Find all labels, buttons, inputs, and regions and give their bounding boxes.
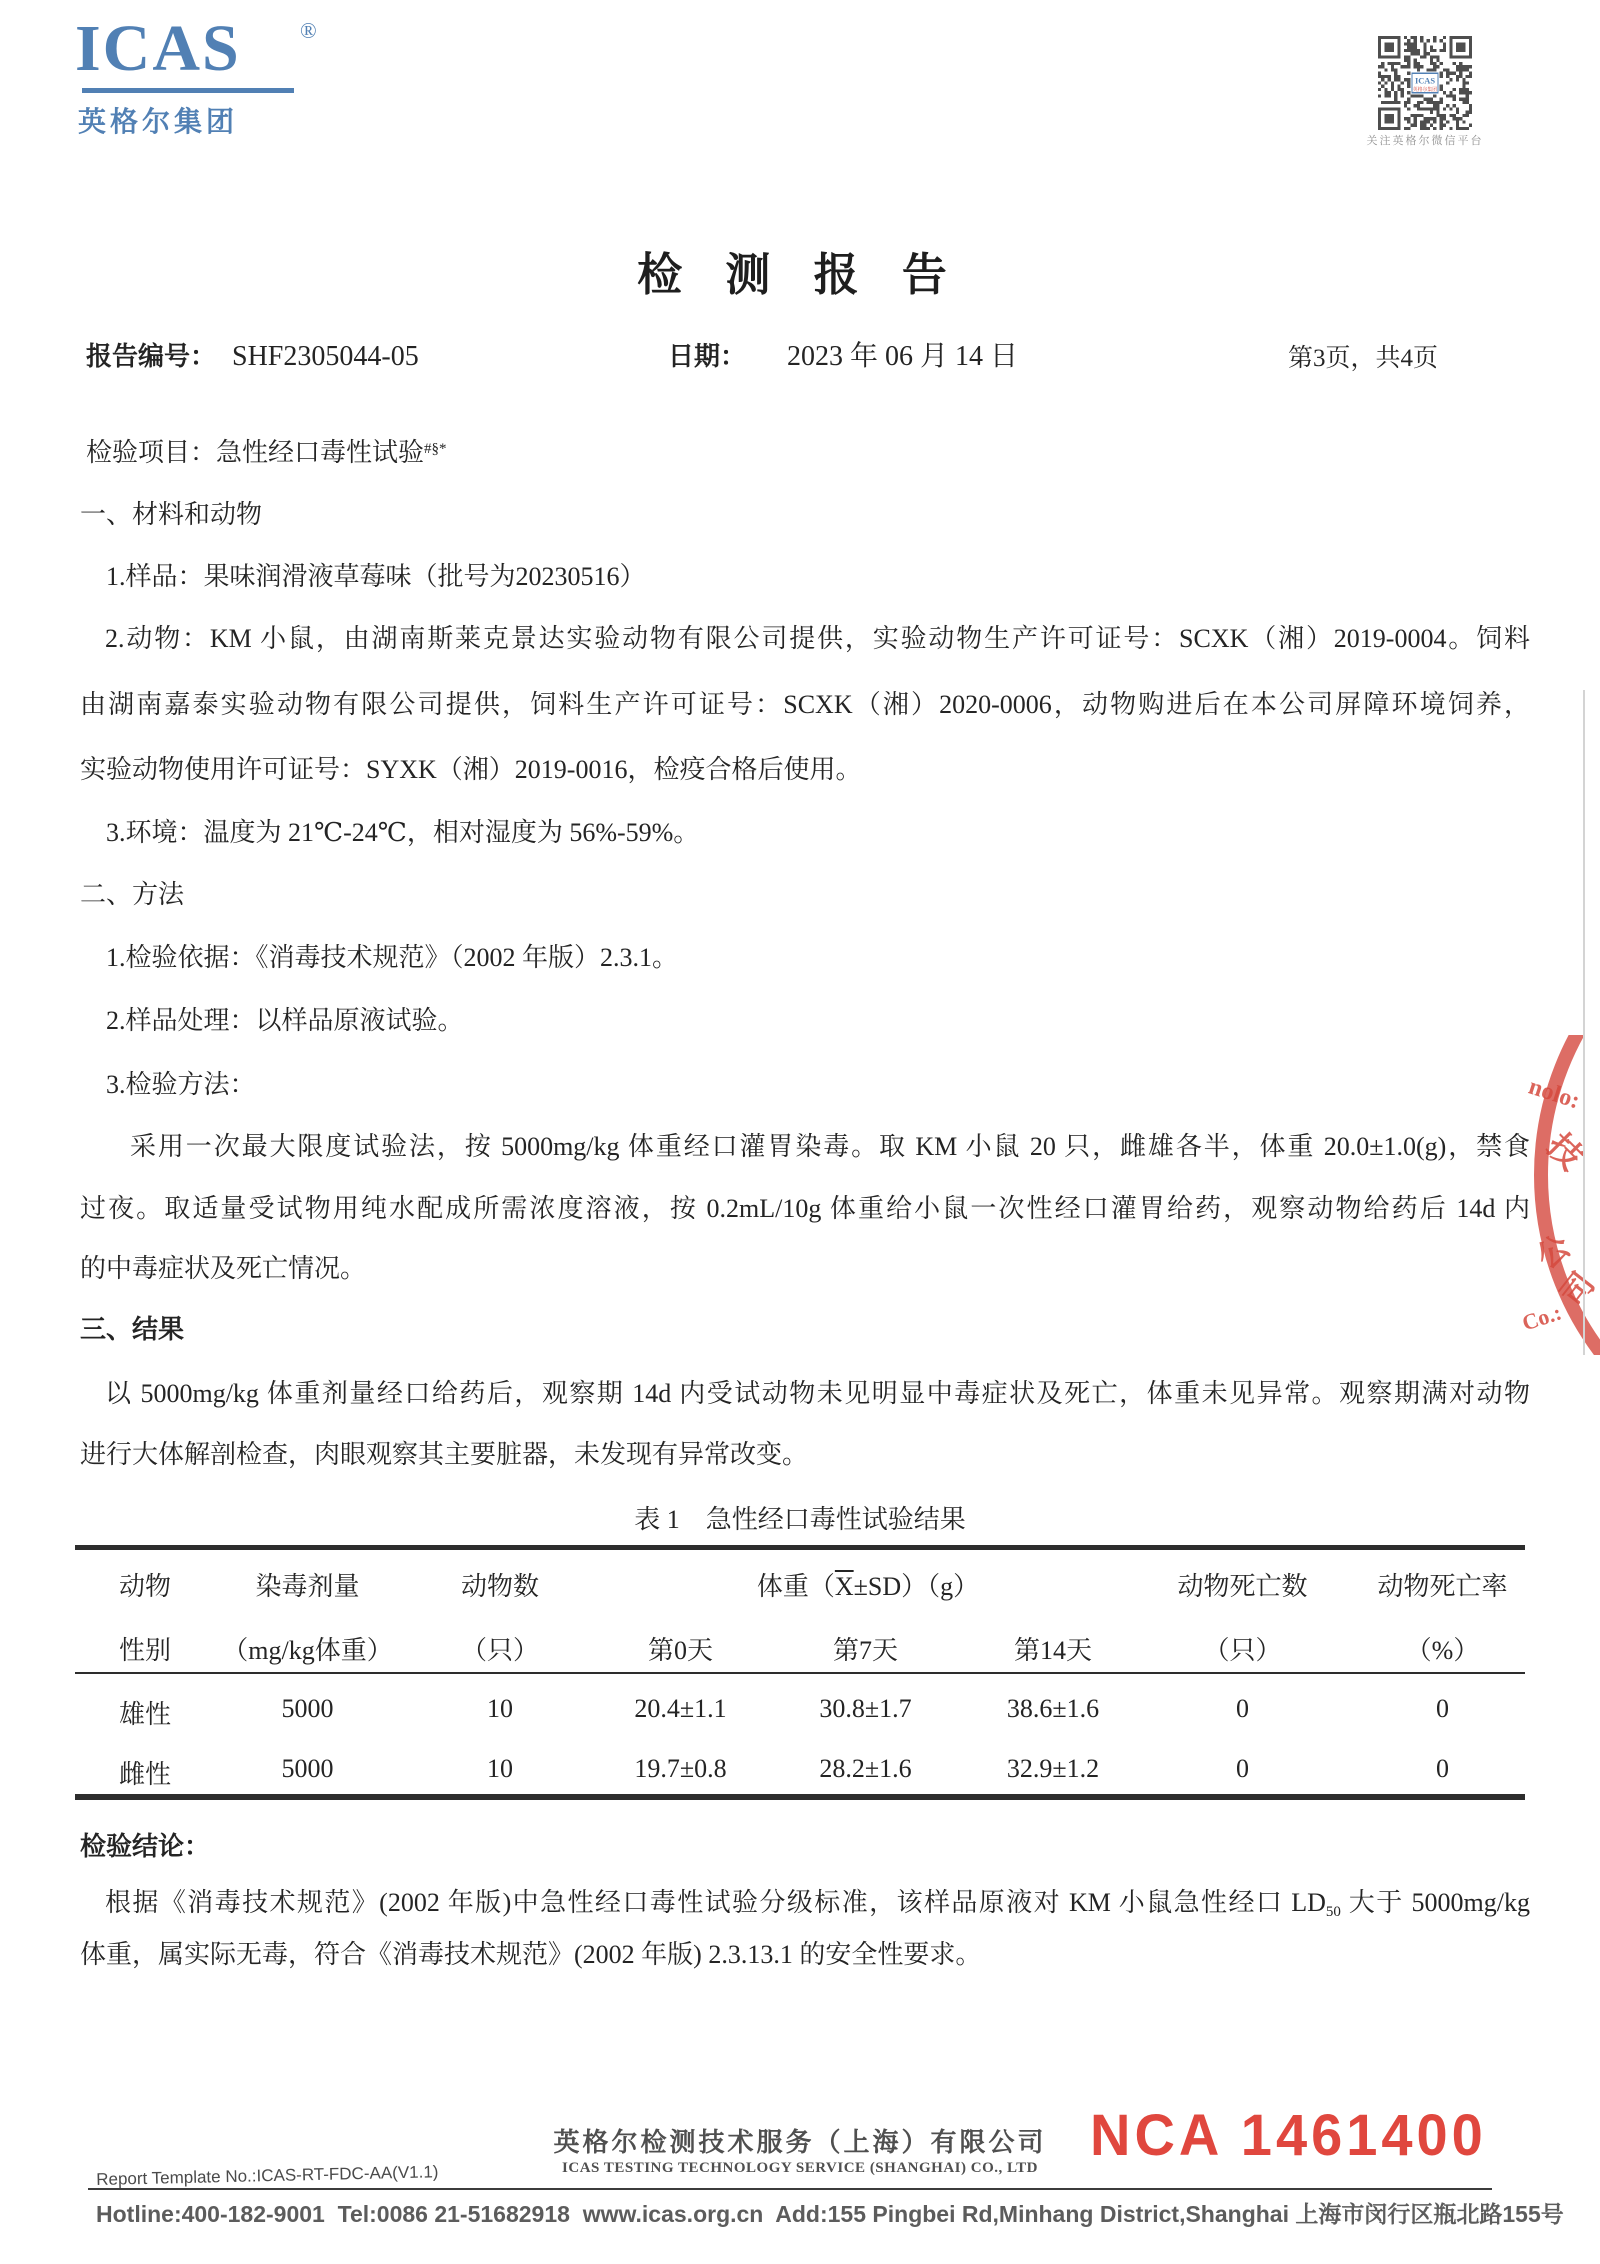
table-row: 10 [405,1694,595,1724]
table-caption: 表 1 急性经口毒性试验结果 [0,1499,1600,1536]
qr-code: ICAS英格尔集团 [1378,36,1472,130]
method-sample-line: 2.样品处理：以样品原液试验。 [106,1004,464,1038]
qr-caption: 关注英格尔微信平台 [1340,132,1510,148]
report-page: ICAS ® 英格尔集团 ICAS英格尔集团 关注英格尔微信平台 检 测 报 告… [0,0,1600,2264]
animal-paragraph-line1: 2.动物：KM 小鼠，由湖南斯莱克景达实验动物有限公司提供，实验动物生产许可证号… [80,622,1530,656]
table-row: 雄性 [75,1694,215,1731]
method-basis-line: 1.检验依据：《消毒技术规范》（2002 年版）2.3.1。 [106,941,678,975]
conclusion-line1-tail: 大于 5000mg/kg [1341,1888,1530,1917]
result-line2: 进行大体解剖检查，肉眼观察其主要脏器，未发现有异常改变。 [80,1438,808,1472]
report-no-value: SHF2305044-05 [232,340,419,374]
icas-logo: ICAS [75,14,241,84]
test-item-superscript: #§* [424,441,447,457]
table-row: 0 [1135,1754,1350,1784]
footer-contact-line: Hotline:400-182-9001 Tel:0086 21-5168291… [96,2196,1564,2229]
method-detail-line1: 采用一次最大限度试验法，按 5000mg/kg 体重经口灌胃染毒。取 KM 小鼠… [80,1130,1530,1164]
table-row: 20.4±1.1 [588,1694,773,1724]
logo-subtitle: 英格尔集团 [78,100,238,140]
footer-rule [88,2188,1492,2190]
section1-title: 一、材料和动物 [80,498,262,532]
stamp-fragment: Co.: [1519,1299,1565,1336]
method-detail-line3: 的中毒症状及死亡情况。 [80,1252,366,1286]
method-label-line: 3.检验方法： [106,1068,256,1102]
svg-text:英格尔集团: 英格尔集团 [1413,86,1437,93]
environment-line: 3.环境：温度为 21℃-24℃，相对湿度为 56%-59%。 [106,816,699,850]
table-header-animal: 动物 [75,1566,215,1603]
table-bottom-rule [75,1794,1525,1800]
table-top-rule [75,1545,1525,1550]
test-item-line: 检验项目：急性经口毒性试验#§* [86,432,447,470]
table-subheader-unit2: （只） [405,1630,595,1667]
test-item-text: 检验项目：急性经口毒性试验 [86,438,424,467]
table-subheader-unit3: （只） [1135,1630,1350,1667]
weight-header-prefix: 体重（ [757,1572,835,1601]
svg-text:ICAS: ICAS [1415,75,1435,85]
animal-paragraph-line2: 由湖南嘉泰实验动物有限公司提供，饲料生产许可证号：SCXK（湘）2020-000… [80,688,1530,722]
page-scan-edge [1583,690,1585,1355]
table-header-death-rate: 动物死亡率 [1335,1566,1550,1603]
section2-title: 二、方法 [80,878,184,912]
table-subheader-day0: 第0天 [588,1630,773,1667]
ld50-subscript: 50 [1326,1904,1341,1920]
table-row: 19.7±0.8 [588,1754,773,1784]
logo-underline [82,88,294,93]
date-label: 日期： [668,340,746,374]
table-header-rule [75,1672,1525,1674]
page-info: 第3页，共4页 [1288,342,1438,376]
table-header-count: 动物数 [405,1566,595,1603]
weight-header-xbar: X [835,1572,854,1601]
table-subheader-sex: 性别 [75,1630,215,1667]
table-row: 雌性 [75,1754,215,1791]
method-detail-line2: 过夜。取适量受试物用纯水配成所需浓度溶液，按 0.2mL/10g 体重给小鼠一次… [80,1192,1530,1226]
table-row: 38.6±1.6 [958,1694,1148,1724]
table-row: 5000 [215,1694,400,1724]
conclusion-line2: 体重，属实际无毒，符合《消毒技术规范》(2002 年版) 2.3.13.1 的安… [80,1938,981,1972]
conclusion-line1: 根据《消毒技术规范》(2002 年版)中急性经口毒性试验分级标准，该样品原液对 … [80,1886,1530,1929]
table-row: 0 [1335,1694,1550,1724]
table-row: 0 [1135,1694,1350,1724]
table-row: 0 [1335,1754,1550,1784]
section3-title: 三、结果 [80,1313,184,1347]
nca-number: NCA 1461400 [1090,2100,1487,2168]
registered-trademark-icon: ® [300,18,317,44]
table-row: 32.9±1.2 [958,1754,1148,1784]
result-line1: 以 5000mg/kg 体重剂量经口给药后，观察期 14d 内受试动物未见明显中… [80,1377,1530,1411]
table-row: 10 [405,1754,595,1784]
report-no-label: 报告编号： [86,340,216,374]
conclusion-line1-text: 根据《消毒技术规范》(2002 年版)中急性经口毒性试验分级标准，该样品原液对 … [105,1888,1326,1917]
table-row: 5000 [215,1754,400,1784]
conclusion-title: 检验结论： [80,1830,210,1864]
table-header-dose: 染毒剂量 [215,1566,400,1603]
table-subheader-unit1: （mg/kg体重） [215,1630,400,1667]
table-row: 28.2±1.6 [773,1754,958,1784]
page-title: 检 测 报 告 [0,238,1600,303]
table-row: 30.8±1.7 [773,1694,958,1724]
sample-line: 1.样品：果味润滑液草莓味（批号为20230516） [106,560,646,594]
date-value: 2023 年 06 月 14 日 [787,340,1018,374]
animal-paragraph-line3: 实验动物使用许可证号：SYXK（湘）2019-0016，检疫合格后使用。 [80,753,861,787]
red-stamp: nolo: 技 公 司 Co.: [1506,1035,1600,1355]
table-subheader-day7: 第7天 [773,1630,958,1667]
table-subheader-day14: 第14天 [958,1630,1148,1667]
table-header-weight-group: 体重（X±SD）（g） [588,1566,1148,1603]
table-subheader-unit4: （%） [1335,1630,1550,1667]
table-header-deaths: 动物死亡数 [1135,1566,1350,1603]
weight-header-suffix: ±SD）（g） [854,1572,980,1601]
